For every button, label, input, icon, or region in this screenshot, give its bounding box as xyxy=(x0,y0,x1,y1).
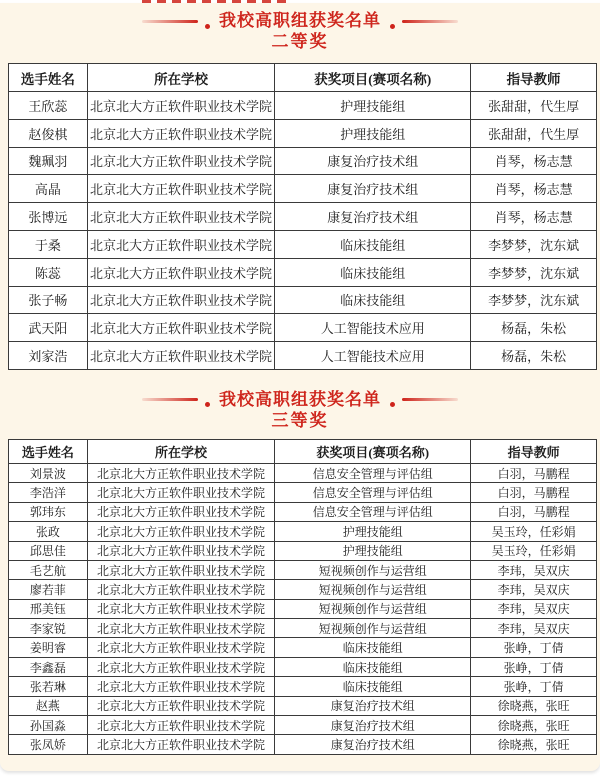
table-cell: 张峥，丁倩 xyxy=(471,638,597,657)
page-title: 我校高职组获奖名单 xyxy=(219,389,381,411)
table-row: 张子畅北京北大方正软件职业技术学院临床技能组李梦梦，沈东斌 xyxy=(9,286,597,314)
table-cell: 临床技能组 xyxy=(275,286,471,314)
table-cell: 北京北大方正软件职业技术学院 xyxy=(87,147,275,175)
table-cell: 张峥，丁倩 xyxy=(471,677,597,696)
table-cell: 刘家浩 xyxy=(9,342,88,370)
table-cell: 张甜甜，代生厚 xyxy=(471,119,597,147)
table-cell: 肖琴，杨志慧 xyxy=(471,203,597,231)
table-cell: 信息安全管理与评估组 xyxy=(275,483,471,502)
table-row: 李鑫磊北京北大方正软件职业技术学院临床技能组张峥，丁倩 xyxy=(9,657,597,676)
table-row: 李家锐北京北大方正软件职业技术学院短视频创作与运营组李玮，吴双庆 xyxy=(9,619,597,638)
table-cell: 北京北大方正软件职业技术学院 xyxy=(87,203,275,231)
ornament-dot-icon xyxy=(205,402,210,407)
table-row: 廖若菲北京北大方正软件职业技术学院短视频创作与运营组李玮，吴双庆 xyxy=(9,580,597,599)
table-cell: 陈蕊 xyxy=(9,258,88,286)
table-cell: 徐晓燕，张旺 xyxy=(471,735,597,754)
section-second-prize-title: 我校高职组获奖名单 二等奖 xyxy=(0,10,600,52)
table-row: 赵燕北京北大方正软件职业技术学院康复治疗技术组徐晓燕，张旺 xyxy=(9,696,597,715)
table-cell: 张凤娇 xyxy=(9,735,88,754)
column-header: 选手姓名 xyxy=(9,439,88,463)
table-cell: 李玮，吴双庆 xyxy=(471,619,597,638)
table-cell: 康复治疗技术组 xyxy=(275,203,471,231)
table-row: 姜明睿北京北大方正软件职业技术学院临床技能组张峥，丁倩 xyxy=(9,638,597,657)
table-row: 刘家浩北京北大方正软件职业技术学院人工智能技术应用杨磊，朱松 xyxy=(9,342,597,370)
table-cell: 王欣蕊 xyxy=(9,92,88,120)
table-cell: 临床技能组 xyxy=(275,657,471,676)
table-row: 张政北京北大方正软件职业技术学院护理技能组吴玉玲，任彩娟 xyxy=(9,522,597,541)
table-row: 赵俊棋北京北大方正软件职业技术学院护理技能组张甜甜，代生厚 xyxy=(9,119,597,147)
table-row: 武天阳北京北大方正软件职业技术学院人工智能技术应用杨磊，朱松 xyxy=(9,314,597,342)
table-cell: 北京北大方正软件职业技术学院 xyxy=(87,258,275,286)
table-cell: 康复治疗技术组 xyxy=(275,175,471,203)
prize-level-label: 三等奖 xyxy=(0,411,600,431)
table-cell: 李梦梦，沈东斌 xyxy=(471,230,597,258)
table-cell: 北京北大方正软件职业技术学院 xyxy=(87,92,275,120)
table-cell: 李鑫磊 xyxy=(9,657,88,676)
table-cell: 短视频创作与运营组 xyxy=(275,580,471,599)
table-cell: 康复治疗技术组 xyxy=(275,147,471,175)
ornament-line-icon xyxy=(142,398,198,401)
table-cell: 康复治疗技术组 xyxy=(275,735,471,754)
table-cell: 信息安全管理与评估组 xyxy=(275,502,471,521)
table-cell: 肖琴，杨志慧 xyxy=(471,175,597,203)
table-cell: 吴玉玲，任彩娟 xyxy=(471,541,597,560)
table-cell: 北京北大方正软件职业技术学院 xyxy=(87,502,275,521)
table-cell: 短视频创作与运营组 xyxy=(275,619,471,638)
ornament-dot-icon xyxy=(205,24,210,29)
table-cell: 廖若菲 xyxy=(9,580,88,599)
table-cell: 北京北大方正软件职业技术学院 xyxy=(87,619,275,638)
column-header: 获奖项目(赛项名称) xyxy=(275,439,471,463)
table-cell: 白羽，马鹏程 xyxy=(471,483,597,502)
table-cell: 张若琳 xyxy=(9,677,88,696)
table-header-row: 选手姓名所在学校获奖项目(赛项名称)指导教师 xyxy=(9,64,597,92)
table-cell: 北京北大方正软件职业技术学院 xyxy=(87,696,275,715)
table-cell: 护理技能组 xyxy=(275,522,471,541)
award-notice-card: 我校高职组获奖名单 二等奖 选手姓名所在学校获奖项目(赛项名称)指导教师王欣蕊北… xyxy=(0,3,600,771)
table-header-row: 选手姓名所在学校获奖项目(赛项名称)指导教师 xyxy=(9,439,597,463)
title-row: 我校高职组获奖名单 xyxy=(0,389,600,411)
table-cell: 临床技能组 xyxy=(275,230,471,258)
table-row: 陈蕊北京北大方正软件职业技术学院临床技能组李梦梦，沈东斌 xyxy=(9,258,597,286)
table-cell: 姜明睿 xyxy=(9,638,88,657)
table-cell: 白羽，马鹏程 xyxy=(471,463,597,482)
table-row: 毛艺航北京北大方正软件职业技术学院短视频创作与运营组李玮，吴双庆 xyxy=(9,560,597,579)
table-cell: 康复治疗技术组 xyxy=(275,716,471,735)
table-row: 孙国淼北京北大方正软件职业技术学院康复治疗技术组徐晓燕，张旺 xyxy=(9,716,597,735)
title-row: 我校高职组获奖名单 xyxy=(0,10,600,32)
table-cell: 张政 xyxy=(9,522,88,541)
table-cell: 魏珮羽 xyxy=(9,147,88,175)
table-cell: 人工智能技术应用 xyxy=(275,314,471,342)
table-cell: 信息安全管理与评估组 xyxy=(275,463,471,482)
column-header: 获奖项目(赛项名称) xyxy=(275,64,471,92)
third-prize-table: 选手姓名所在学校获奖项目(赛项名称)指导教师刘景波北京北大方正软件职业技术学院信… xyxy=(8,439,597,755)
table-cell: 李梦梦，沈东斌 xyxy=(471,286,597,314)
table-cell: 李玮，吴双庆 xyxy=(471,580,597,599)
table-row: 魏珮羽北京北大方正软件职业技术学院康复治疗技术组肖琴，杨志慧 xyxy=(9,147,597,175)
table-row: 张凤娇北京北大方正软件职业技术学院康复治疗技术组徐晓燕，张旺 xyxy=(9,735,597,754)
table-row: 李浩洋北京北大方正软件职业技术学院信息安全管理与评估组白羽，马鹏程 xyxy=(9,483,597,502)
table-cell: 杨磊，朱松 xyxy=(471,342,597,370)
table-cell: 郭玮东 xyxy=(9,502,88,521)
table-cell: 护理技能组 xyxy=(275,119,471,147)
title-ornament-left xyxy=(142,397,210,402)
title-ornament-right xyxy=(390,397,458,402)
table-cell: 短视频创作与运营组 xyxy=(275,599,471,618)
table-cell: 北京北大方正软件职业技术学院 xyxy=(87,560,275,579)
table-cell: 北京北大方正软件职业技术学院 xyxy=(87,657,275,676)
table-cell: 短视频创作与运营组 xyxy=(275,560,471,579)
page-title: 我校高职组获奖名单 xyxy=(219,10,381,32)
table-cell: 康复治疗技术组 xyxy=(275,696,471,715)
table-cell: 李梦梦，沈东斌 xyxy=(471,258,597,286)
table-cell: 北京北大方正软件职业技术学院 xyxy=(87,230,275,258)
table-cell: 孙国淼 xyxy=(9,716,88,735)
table-cell: 赵俊棋 xyxy=(9,119,88,147)
column-header: 所在学校 xyxy=(87,439,275,463)
section-third-prize-title: 我校高职组获奖名单 三等奖 xyxy=(0,389,600,431)
table-cell: 人工智能技术应用 xyxy=(275,342,471,370)
table-cell: 北京北大方正软件职业技术学院 xyxy=(87,463,275,482)
table-cell: 北京北大方正软件职业技术学院 xyxy=(87,716,275,735)
table-row: 邱思佳北京北大方正软件职业技术学院护理技能组吴玉玲，任彩娟 xyxy=(9,541,597,560)
table-row: 邢美钰北京北大方正软件职业技术学院短视频创作与运营组李玮，吴双庆 xyxy=(9,599,597,618)
ornament-dot-icon xyxy=(390,24,395,29)
table-cell: 白羽，马鹏程 xyxy=(471,502,597,521)
table-cell: 护理技能组 xyxy=(275,541,471,560)
table-row: 张博远北京北大方正软件职业技术学院康复治疗技术组肖琴，杨志慧 xyxy=(9,203,597,231)
table-cell: 李玮，吴双庆 xyxy=(471,599,597,618)
table-cell: 北京北大方正软件职业技术学院 xyxy=(87,541,275,560)
column-header: 指导教师 xyxy=(471,64,597,92)
table-cell: 张子畅 xyxy=(9,286,88,314)
table-cell: 刘景波 xyxy=(9,463,88,482)
table-row: 王欣蕊北京北大方正软件职业技术学院护理技能组张甜甜，代生厚 xyxy=(9,92,597,120)
table-cell: 肖琴，杨志慧 xyxy=(471,147,597,175)
table-cell: 徐晓燕，张旺 xyxy=(471,696,597,715)
table-cell: 李玮，吴双庆 xyxy=(471,560,597,579)
ornament-dot-icon xyxy=(390,402,395,407)
table-cell: 北京北大方正软件职业技术学院 xyxy=(87,677,275,696)
table-cell: 北京北大方正软件职业技术学院 xyxy=(87,175,275,203)
table-row: 高晶北京北大方正软件职业技术学院康复治疗技术组肖琴，杨志慧 xyxy=(9,175,597,203)
table-cell: 张峥，丁倩 xyxy=(471,657,597,676)
table-cell: 护理技能组 xyxy=(275,92,471,120)
ornament-line-icon xyxy=(402,20,458,23)
table-cell: 武天阳 xyxy=(9,314,88,342)
table-cell: 张博远 xyxy=(9,203,88,231)
table-cell: 临床技能组 xyxy=(275,258,471,286)
table-row: 于桑北京北大方正软件职业技术学院临床技能组李梦梦，沈东斌 xyxy=(9,230,597,258)
table-row: 张若琳北京北大方正软件职业技术学院临床技能组张峥，丁倩 xyxy=(9,677,597,696)
table-cell: 赵燕 xyxy=(9,696,88,715)
table-cell: 杨磊，朱松 xyxy=(471,314,597,342)
table-cell: 于桑 xyxy=(9,230,88,258)
table-cell: 北京北大方正软件职业技术学院 xyxy=(87,522,275,541)
second-prize-table: 选手姓名所在学校获奖项目(赛项名称)指导教师王欣蕊北京北大方正软件职业技术学院护… xyxy=(8,63,597,370)
table-cell: 邢美钰 xyxy=(9,599,88,618)
table-cell: 张甜甜，代生厚 xyxy=(471,92,597,120)
title-ornament-left xyxy=(142,19,210,24)
table-cell: 临床技能组 xyxy=(275,677,471,696)
ornament-line-icon xyxy=(142,20,198,23)
table-cell: 北京北大方正软件职业技术学院 xyxy=(87,735,275,754)
table-cell: 毛艺航 xyxy=(9,560,88,579)
column-header: 所在学校 xyxy=(87,64,275,92)
table-cell: 临床技能组 xyxy=(275,638,471,657)
table-cell: 北京北大方正软件职业技术学院 xyxy=(87,638,275,657)
table-cell: 邱思佳 xyxy=(9,541,88,560)
table-cell: 北京北大方正软件职业技术学院 xyxy=(87,314,275,342)
table-cell: 北京北大方正软件职业技术学院 xyxy=(87,119,275,147)
table-cell: 北京北大方正软件职业技术学院 xyxy=(87,286,275,314)
table-cell: 徐晓燕，张旺 xyxy=(471,716,597,735)
prize-level-label: 二等奖 xyxy=(0,32,600,52)
table-row: 刘景波北京北大方正软件职业技术学院信息安全管理与评估组白羽，马鹏程 xyxy=(9,463,597,482)
table-cell: 北京北大方正软件职业技术学院 xyxy=(87,342,275,370)
column-header: 指导教师 xyxy=(471,439,597,463)
title-ornament-right xyxy=(390,19,458,24)
table-cell: 高晶 xyxy=(9,175,88,203)
table-cell: 李家锐 xyxy=(9,619,88,638)
table-row: 郭玮东北京北大方正软件职业技术学院信息安全管理与评估组白羽，马鹏程 xyxy=(9,502,597,521)
column-header: 选手姓名 xyxy=(9,64,88,92)
table-cell: 北京北大方正软件职业技术学院 xyxy=(87,483,275,502)
table-cell: 李浩洋 xyxy=(9,483,88,502)
table-cell: 吴玉玲，任彩娟 xyxy=(471,522,597,541)
ornament-line-icon xyxy=(402,398,458,401)
table-cell: 北京北大方正软件职业技术学院 xyxy=(87,599,275,618)
table-cell: 北京北大方正软件职业技术学院 xyxy=(87,580,275,599)
